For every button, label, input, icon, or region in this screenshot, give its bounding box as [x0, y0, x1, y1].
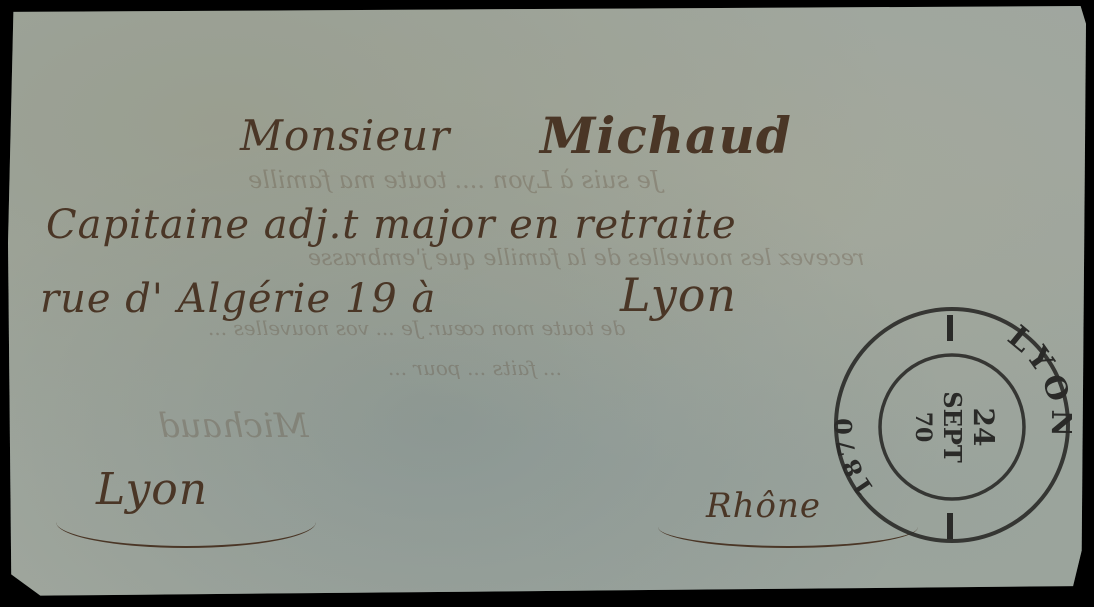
address-salutation: Monsieur [240, 111, 450, 160]
show-through-line: recevez les nouvelles de la famille que … [308, 246, 864, 271]
lyon-postmark: LYON 1870 24 SEPT 70 [832, 305, 1072, 545]
svg-text:LYON: LYON [1001, 319, 1072, 443]
address-street-line: rue d' Algérie 19 à [40, 276, 436, 322]
show-through-line: Je suis à Lyon .... toute ma famille [248, 166, 660, 194]
postmark-year-short: 70 [910, 412, 936, 443]
show-through-signature: Michaud [158, 406, 309, 446]
show-through-line: ... faits ... pour ... [388, 356, 562, 380]
address-title-line: Capitaine adj.t major en retraite [46, 202, 737, 248]
address-name: Michaud [540, 106, 792, 165]
bottom-left-flourish [56, 496, 316, 548]
postmark-month: SEPT [938, 391, 967, 463]
postmark-circle-icon: LYON 1870 24 SEPT 70 [832, 305, 1072, 545]
postmark-day: 24 [967, 408, 1000, 447]
postmark-city: LYON [1001, 319, 1072, 443]
address-city: Lyon [620, 268, 737, 322]
